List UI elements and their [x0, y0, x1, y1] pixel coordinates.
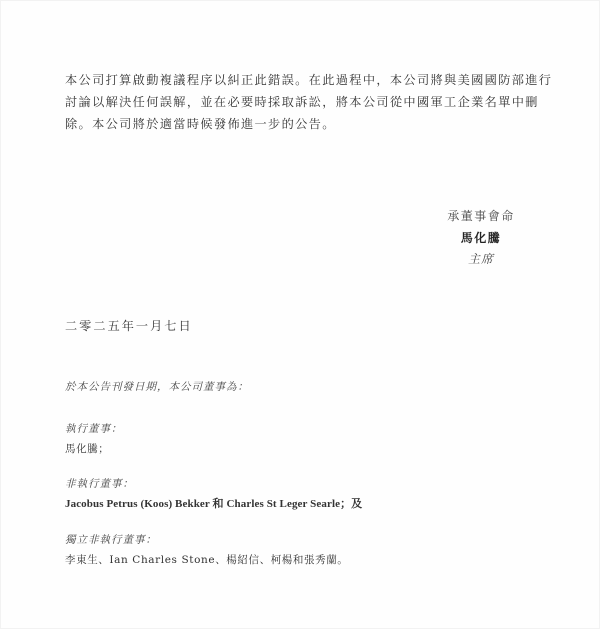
independent-directors-label: 獨立非執行董事：	[65, 530, 348, 550]
signature-title: 主席	[421, 249, 541, 271]
paragraph-line: 討論以解決任何誤解，並在必要時採取訴訟，將本公司從中國軍工企業名單中刪	[65, 91, 537, 113]
announcement-date: 二零二五年一月七日	[65, 317, 193, 334]
independent-directors-names: 李東生、Ian Charles Stone、楊紹信、柯楊和張秀蘭。	[65, 550, 348, 570]
executive-directors-label: 執行董事：	[65, 419, 123, 439]
non-executive-directors-names: Jacobus Petrus (Koos) Bekker 和 Charles S…	[65, 494, 362, 514]
signature-name: 馬化騰	[421, 228, 541, 250]
announcement-paragraph: 本公司打算啟動複議程序以糾正此錯誤。在此過程中，本公司將與美國國防部進行 討論以…	[65, 69, 537, 135]
non-executive-directors-label: 非執行董事：	[65, 474, 362, 494]
document-page: 本公司打算啟動複議程序以糾正此錯誤。在此過程中，本公司將與美國國防部進行 討論以…	[0, 0, 600, 629]
paragraph-line: 除。本公司將於適當時候發佈進一步的公告。	[65, 113, 537, 135]
executive-directors-names: 馬化騰；	[65, 439, 123, 459]
non-executive-directors: 非執行董事： Jacobus Petrus (Koos) Bekker 和 Ch…	[65, 474, 362, 514]
directors-intro: 於本公告刊發日期，本公司董事為：	[65, 379, 249, 394]
executive-directors: 執行董事： 馬化騰；	[65, 419, 123, 459]
signature-by-order: 承董事會命	[421, 206, 541, 228]
signature-block: 承董事會命 馬化騰 主席	[421, 206, 541, 271]
paragraph-line: 本公司打算啟動複議程序以糾正此錯誤。在此過程中，本公司將與美國國防部進行	[65, 69, 537, 91]
independent-directors: 獨立非執行董事： 李東生、Ian Charles Stone、楊紹信、柯楊和張秀…	[65, 530, 348, 570]
